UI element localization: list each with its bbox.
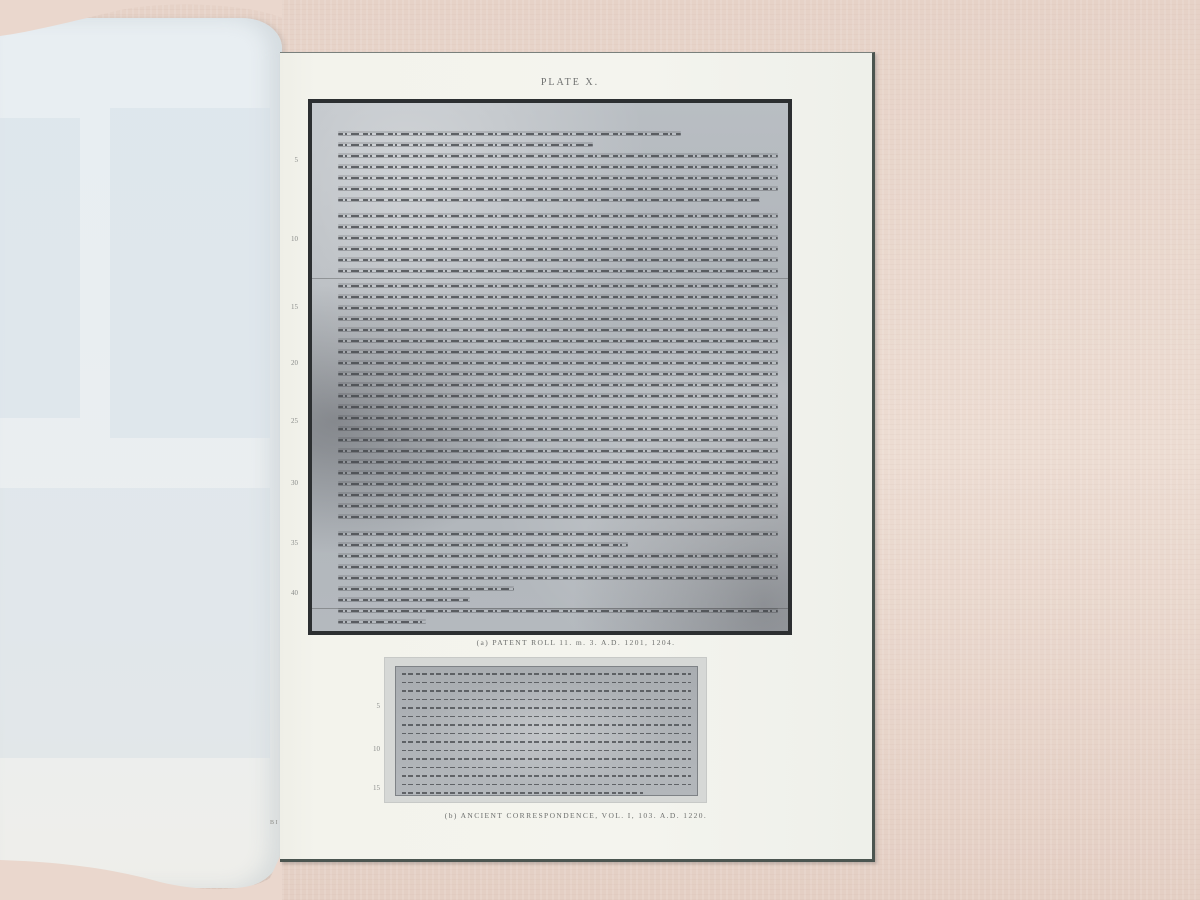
parchment-surface [395, 666, 698, 796]
left-page-curled [0, 18, 282, 888]
handwritten-text-block [338, 533, 778, 631]
show-through-block [110, 108, 270, 438]
line-number: 10 [282, 235, 298, 243]
line-number: 15 [364, 784, 380, 792]
line-number: 20 [282, 359, 298, 367]
line-number: 5 [282, 156, 298, 164]
line-number: 10 [364, 745, 380, 753]
parchment-fold [312, 608, 788, 609]
manuscript-photo-ancient-correspondence [384, 657, 707, 803]
line-number: 5 [364, 702, 380, 710]
line-number: 15 [282, 303, 298, 311]
manuscript-photo-patent-roll [308, 99, 792, 635]
show-through-block [0, 118, 80, 418]
figure-b-caption: (b) ANCIENT CORRESPONDENCE, VOL. I, 103.… [280, 811, 872, 820]
line-number: 35 [282, 539, 298, 547]
show-through-block [0, 488, 270, 758]
line-number: 40 [282, 589, 298, 597]
line-number: 30 [282, 479, 298, 487]
line-number: 25 [282, 417, 298, 425]
figure-a-caption: (a) PATENT ROLL 11. m. 3. A.D. 1201, 120… [280, 638, 872, 647]
handwritten-text-block [338, 215, 778, 281]
folio-signature-mark: B I [270, 820, 278, 826]
handwritten-text-block [338, 285, 778, 527]
plate-title: PLATE X. [490, 77, 650, 88]
parchment-surface [312, 103, 788, 631]
book-photo-scene: PLATE X. 5 10 15 20 25 30 35 40 [0, 0, 1200, 900]
parchment-fold [312, 278, 788, 279]
handwritten-text-block [338, 133, 778, 210]
right-page-plate: PLATE X. 5 10 15 20 25 30 35 40 [280, 52, 875, 862]
handwritten-text-block [396, 667, 697, 794]
